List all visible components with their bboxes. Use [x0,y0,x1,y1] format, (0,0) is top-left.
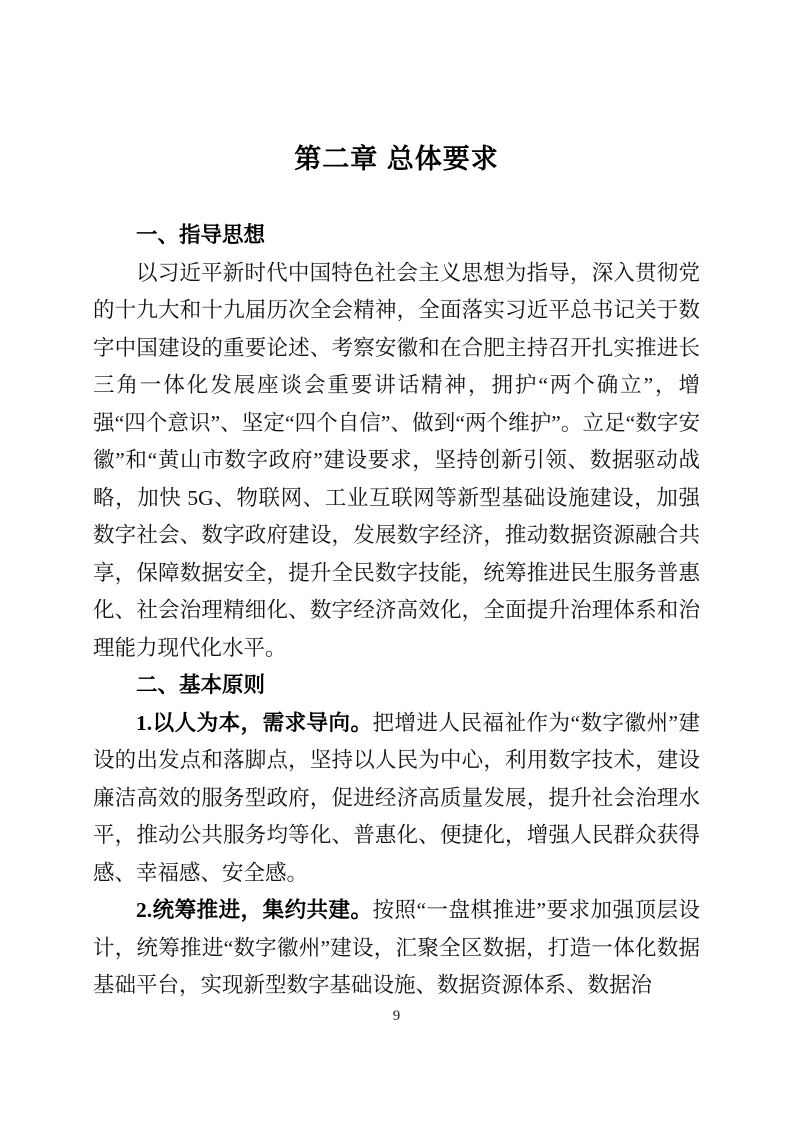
paragraph-guiding-ideology: 以习近平新时代中国特色社会主义思想为指导，深入贯彻党的十九大和十九届历次全会精神… [93,255,700,668]
section-heading-guiding-ideology: 一、指导思想 [93,217,700,255]
document-page: 第二章 总体要求 一、指导思想 以习近平新时代中国特色社会主义思想为指导，深入贯… [0,0,793,1122]
paragraph-principle-2: 2.统筹推进，集约共建。按照“一盘棋推进”要求加强顶层设计，统筹推进“数字徽州”… [93,892,700,1005]
paragraph-lead: 1.以人为本，需求导向。 [136,711,373,735]
page-number: 9 [93,1006,700,1026]
paragraph-lead: 2.统筹推进，集约共建。 [136,898,373,922]
chapter-title: 第二章 总体要求 [93,141,700,177]
paragraph-text: 以习近平新时代中国特色社会主义思想为指导，深入贯彻党的十九大和十九届历次全会精神… [93,261,700,660]
paragraph-text: 把增进人民福祉作为“数字徽州”建设的出发点和落脚点，坚持以人民为中心，利用数字技… [93,711,700,885]
document-body: 第二章 总体要求 一、指导思想 以习近平新时代中国特色社会主义思想为指导，深入贯… [93,0,700,1005]
paragraph-principle-1: 1.以人为本，需求导向。把增进人民福祉作为“数字徽州”建设的出发点和落脚点，坚持… [93,705,700,893]
section-heading-basic-principles: 二、基本原则 [93,667,700,705]
